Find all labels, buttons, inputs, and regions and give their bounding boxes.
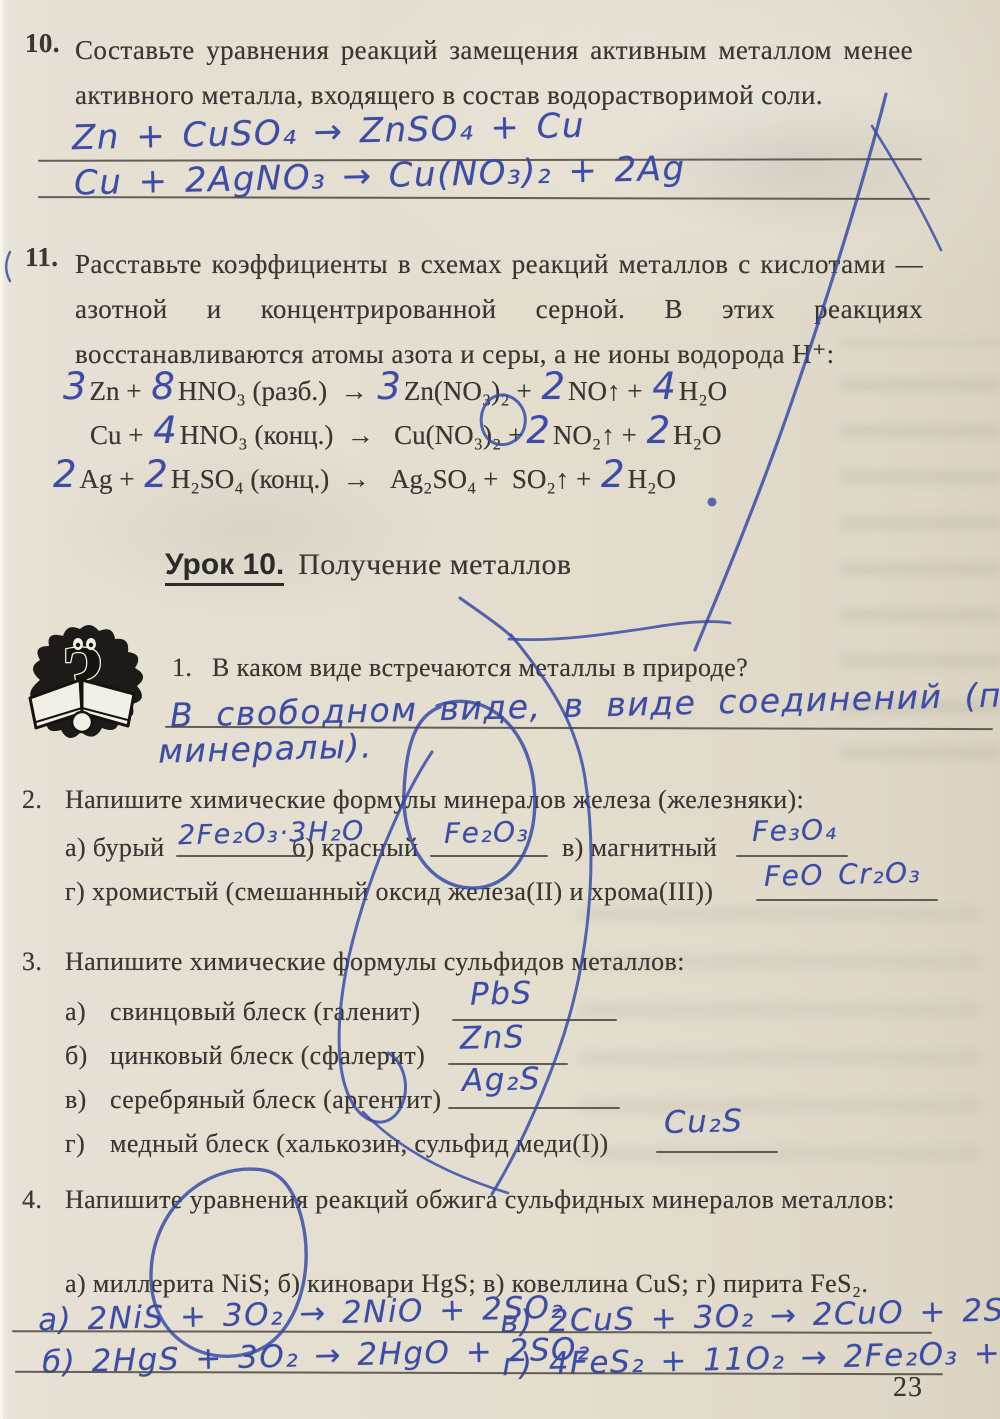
task11-equation-3: 2Ag + 2H₂SO₄ (конц.) → Ag₂SO₄ + SO₂↑ + 2… (50, 454, 676, 497)
handwritten-coefficient: 8 (151, 365, 175, 408)
printed-formula: H₂O (673, 420, 721, 450)
task10-number: 10. (25, 28, 60, 59)
lesson-label: Урок 10. (165, 548, 284, 586)
q2-item-v-answer: Fe₃O₄ (752, 813, 838, 848)
printed-formula: Zn(NO₃)₂ + (404, 376, 539, 406)
q2-item-g-answer: FeO Cr₂O₃ (764, 856, 922, 893)
page-edge (0, 0, 3, 1419)
lesson-title: Получение металлов (298, 548, 571, 581)
task11-equation-1: 3Zn + 8HNO₃ (разб.) → 3Zn(NO₃)₂ + 2NO↑ +… (60, 366, 727, 409)
lesson-heading: Урок 10.Получение металлов (165, 548, 571, 582)
pen-stroke-fork (872, 126, 941, 250)
printed-formula: H₂SO₄ (конц.) → Ag₂SO₄ + SO₂↑ + (171, 464, 598, 494)
q3-number: 3. (22, 940, 42, 984)
q3-item-g-label: медный блеск (халькозин, сульфид меди(I)… (110, 1122, 609, 1166)
printed-formula: H₂O (628, 464, 676, 494)
q3-item-b-label: цинковый блеск (сфалерит) (110, 1034, 425, 1078)
printed-formula: NO↑ + (568, 376, 649, 406)
pen-dot (708, 498, 717, 507)
printed-formula: HNO₃ (конц.) → Cu(NO₃)₂ + (180, 420, 524, 450)
printed-formula: Ag + (80, 464, 142, 494)
handwritten-coefficient: 2 (526, 409, 550, 452)
q3-item-g-answer: Cu₂S (664, 1103, 744, 1141)
pen-stroke-check-entry (460, 598, 511, 636)
handwritten-coefficient: 3 (63, 365, 87, 408)
task10-answer-2: Cu + 2AgNO₃ → Cu(NO₃)₂ + 2Ag (74, 149, 686, 204)
handwritten-coefficient: 2 (541, 365, 565, 408)
handwritten-coefficient: 2 (53, 453, 77, 496)
q3-item-a-label: свинцовый блеск (галенит) (110, 990, 421, 1034)
blank-line (656, 1151, 778, 1153)
question-book-icon: ? (16, 618, 158, 760)
printed-formula: H₂O (679, 376, 727, 406)
q3-item-g-letter: г) (65, 1122, 85, 1166)
printed-formula: Cu + (90, 420, 150, 450)
q3-item-v-letter: в) (65, 1078, 87, 1122)
q2-item-v-label: в) магнитный (562, 826, 717, 870)
q4-text: Напишите уравнения реакций обжига сульфи… (65, 1178, 940, 1222)
q3-item-v-answer: Ag₂S (462, 1061, 542, 1099)
q2-item-a-answer: 2Fe₂O₃·3H₂O (178, 816, 366, 852)
task11-text: Расставьте коэффициенты в схемах реакций… (75, 242, 923, 377)
q3-item-b-answer: ZnS (460, 1019, 526, 1057)
q3-item-a-answer: PbS (470, 975, 533, 1013)
workbook-page: 10. Составьте уравнения реакций замещени… (0, 0, 1000, 1419)
task11-number: 11. (25, 242, 58, 273)
blank-line (448, 1107, 620, 1109)
q3-item-v-label: серебряный блеск (аргентит) (110, 1078, 441, 1122)
q2-item-a-label: а) бурый (65, 826, 165, 870)
handwritten-coefficient: 2 (647, 409, 671, 452)
printed-formula: HNO₃ (разб.) → (178, 376, 375, 406)
pen-stroke-check-arm (509, 622, 730, 640)
printed-formula: NO₂↑ + (553, 420, 644, 450)
page-number: 23 (893, 1372, 923, 1404)
handwritten-coefficient: 2 (144, 453, 168, 496)
printed-formula: Zn + (90, 376, 149, 406)
blank-line (430, 855, 548, 857)
q1-answer-line2: минералы). (158, 726, 374, 770)
pen-mark-margin (6, 252, 10, 281)
q1-number: 1. (172, 646, 192, 690)
q3-item-b-letter: б) (65, 1034, 88, 1078)
q2-item-g-label: г) хромистый (смешанный оксид железа(II)… (65, 870, 713, 914)
handwritten-coefficient: 3 (377, 365, 401, 408)
blank-line (736, 855, 848, 857)
blank-line (176, 855, 306, 857)
q3-item-a-letter: а) (65, 990, 86, 1034)
q4-number: 4. (22, 1178, 42, 1222)
q2-item-b-answer: Fe₂O₃ (444, 815, 530, 850)
blank-line (756, 899, 938, 901)
handwritten-coefficient: 4 (652, 365, 676, 408)
task11-equation-2: Cu + 4HNO₃ (конц.) → Cu(NO₃)₂ +2NO₂↑ + 2… (90, 410, 722, 453)
handwritten-coefficient: 2 (601, 453, 625, 496)
task10-text: Составьте уравнения реакций замещения ак… (75, 28, 913, 118)
bleed-through-smudge (580, 880, 980, 1160)
q2-number: 2. (22, 778, 42, 822)
handwritten-coefficient: 4 (153, 409, 177, 452)
